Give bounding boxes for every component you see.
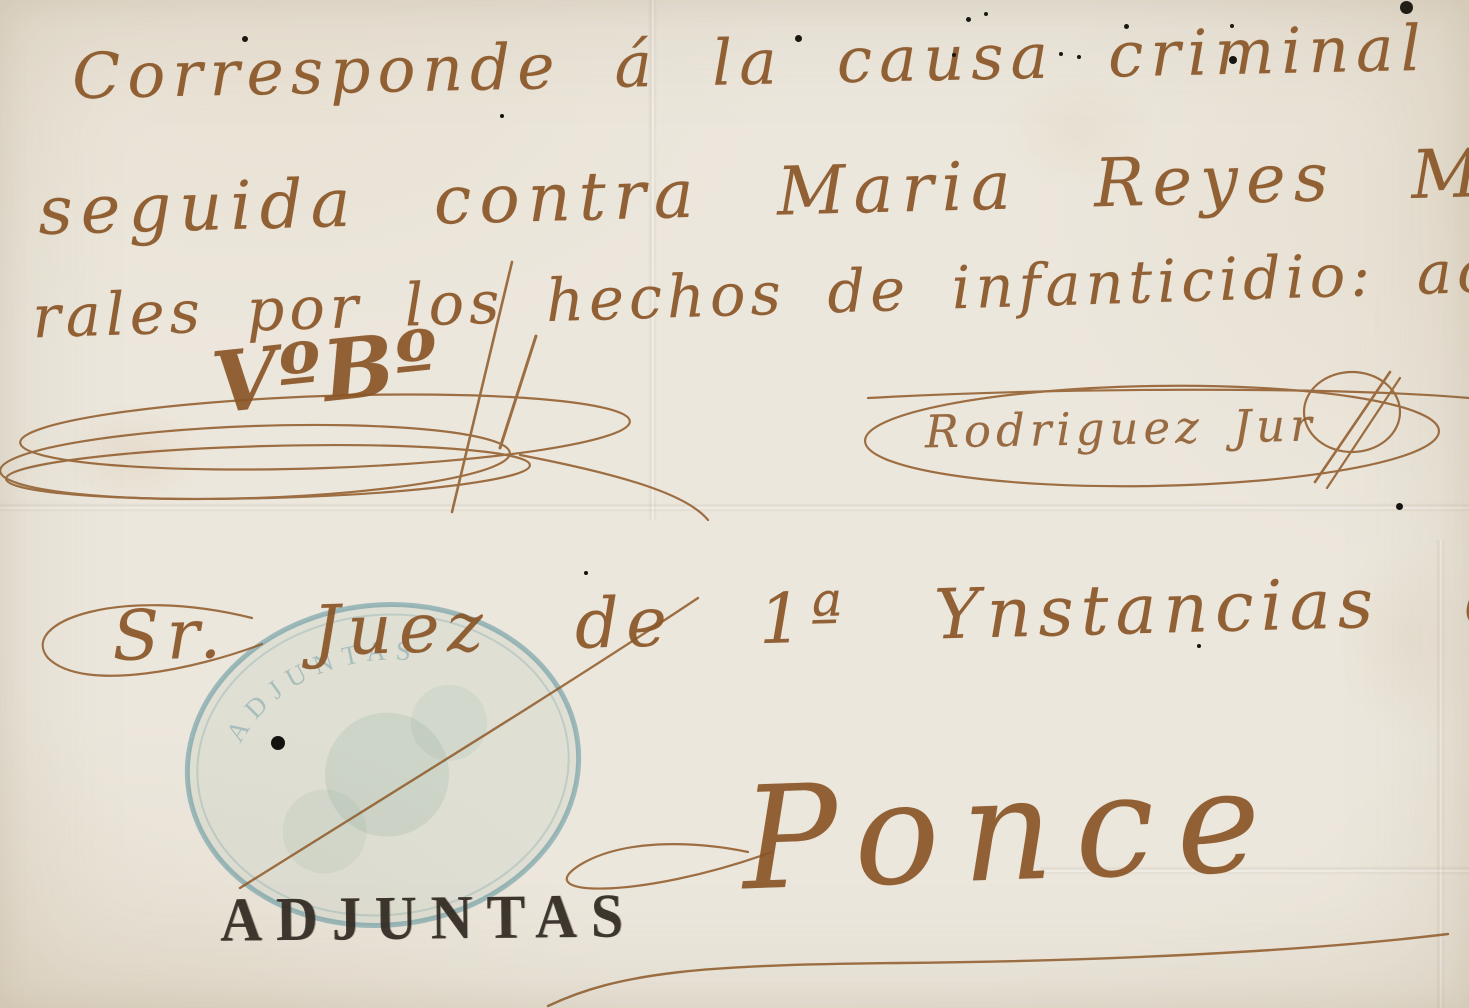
ink-spatter-dot bbox=[1229, 56, 1237, 64]
signature-text: Rodriguez Jur bbox=[925, 399, 1318, 459]
rubric-tail bbox=[520, 455, 708, 520]
adjuntas-straightline-stamp: ADJUNTAS bbox=[220, 879, 638, 956]
ink-spatter-dot bbox=[500, 114, 504, 118]
signature-topline bbox=[868, 390, 1469, 398]
signature-loop bbox=[1304, 372, 1400, 452]
rubric-ellipse bbox=[0, 417, 511, 507]
ink-spatter-dot bbox=[1400, 1, 1413, 14]
ink-spatter-dot bbox=[952, 53, 956, 57]
ink-spatter-dot bbox=[795, 35, 802, 42]
oval-stamp-center-blur bbox=[319, 706, 455, 842]
ink-spatter-dot bbox=[1396, 503, 1403, 510]
ink-spatter-dot bbox=[242, 36, 248, 42]
signature-descender bbox=[1327, 378, 1400, 488]
ink-spatter-dot bbox=[1077, 55, 1081, 59]
manuscript-page: ADJUNTAS Corresponde á la bbox=[0, 0, 1469, 1008]
addressee-city: Ponce bbox=[739, 739, 1285, 923]
ink-spatter-dot bbox=[1059, 52, 1063, 56]
ink-spatter-dot bbox=[584, 571, 588, 575]
ink-spatter-dot bbox=[1230, 24, 1234, 28]
signature-descender bbox=[1315, 372, 1390, 482]
manuscript-line-1: Corresponde á la causa criminal bbox=[71, 12, 1428, 113]
ink-hole-dot bbox=[271, 736, 285, 750]
ponce-underline bbox=[548, 934, 1448, 1006]
fold-crease-horizontal bbox=[0, 503, 1469, 512]
ink-spatter-dot bbox=[1124, 24, 1129, 29]
ink-spatter-dot bbox=[966, 17, 971, 22]
oval-stamp-blur bbox=[407, 681, 491, 765]
paper-stain bbox=[60, 400, 210, 510]
manuscript-line-2: seguida contra Maria Reyes Mo- bbox=[37, 132, 1469, 250]
pen-stroke bbox=[500, 336, 536, 448]
oval-stamp-blur bbox=[278, 785, 370, 877]
ink-spatter-dot bbox=[984, 12, 988, 16]
rubric-ellipse bbox=[5, 439, 530, 505]
addressee-line: Sr. Juez de 1ª Ynstancias de bbox=[111, 559, 1469, 677]
ink-spatter-dot bbox=[1197, 644, 1201, 648]
